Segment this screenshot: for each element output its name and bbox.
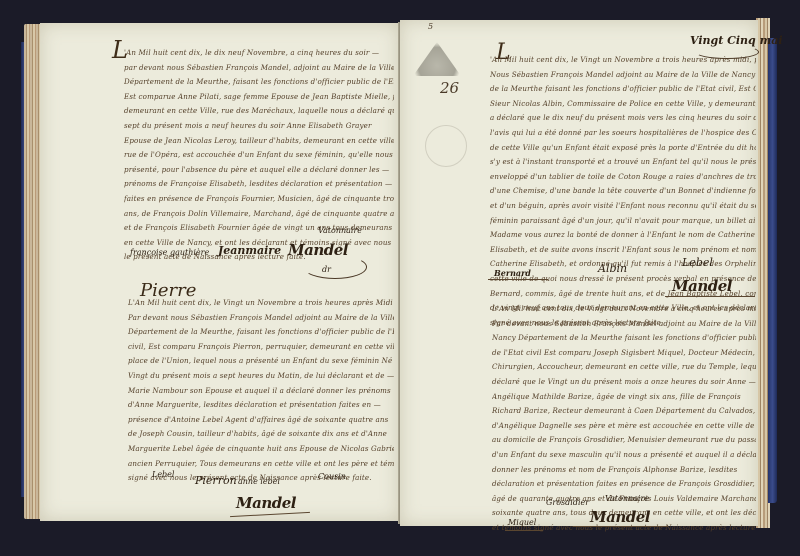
text-line: Madame vous aurez la bonté de donner à l…: [490, 228, 756, 243]
signature-mandel-2: Mandel: [236, 494, 296, 512]
text-line: Département de la Meurthe, faisant les f…: [128, 325, 394, 340]
folio-number: 5: [428, 22, 433, 31]
text-line: Vingt du présent mois a sept heures du M…: [128, 369, 394, 384]
text-line: d'un Enfant du sexe masculin qu'il nous …: [492, 448, 756, 463]
text-line: ans, de François Dolin Villemaire, March…: [124, 207, 394, 222]
signature-miquel-underline: [505, 530, 543, 531]
text-line: s'y est à l'instant transporté et a trou…: [490, 155, 756, 170]
text-line: Département de la Meurthe, faisant les f…: [124, 75, 394, 90]
text-line: demeurant en cette Ville, rue des Maréch…: [124, 104, 394, 119]
paraph-flourish: [303, 255, 367, 279]
text-line: 'An Mil huit cent dix, le Vingt un Novem…: [490, 53, 756, 68]
text-line: féminin paraissant âgé d'un jour, qu'il …: [490, 214, 756, 229]
paraph-initials: dr: [322, 265, 331, 274]
text-line: d'une Chemise, d'une bande la tête couve…: [490, 184, 756, 199]
signature-miquel: Miquel: [508, 518, 536, 527]
text-line: Est comparue Anne Pilati, sage femme Epo…: [124, 90, 394, 105]
text-line: Epouse de Jean Nicolas Leroy, tailleur d…: [124, 134, 394, 149]
faint-seal-icon: [425, 125, 467, 167]
signature-albin: Albin: [598, 262, 627, 275]
signature-mandel-right-2: Mandel: [590, 508, 650, 526]
text-line: Par devant nous Sébastien François Mande…: [492, 317, 756, 332]
text-line: enveloppé d'un tablier de toile de Coton…: [490, 170, 756, 185]
signature-anne-lebel: anne lebel: [238, 477, 280, 486]
signature-bernard-underline: [488, 279, 548, 280]
signature-gauthiere: françoise gauthière: [130, 248, 209, 257]
text-line: de l'Etat civil Est comparu Joseph Sigis…: [492, 346, 756, 361]
text-line: sept du présent mois a neuf heures du so…: [124, 119, 394, 134]
signature-lebel-right: Lebel: [682, 256, 713, 269]
text-line: de Joseph Cousin, tailleur d'habits, âgé…: [128, 427, 394, 442]
signature-mandel-right: Mandel: [672, 277, 732, 295]
signature-bernard: Bernard: [494, 268, 531, 278]
text-line: Par devant nous Sébastien François Mande…: [128, 311, 394, 326]
text-line: ancien Perruquier, Tous demeurans en cet…: [128, 457, 394, 472]
text-line: de la Meurthe faisant les fonctions d'of…: [490, 82, 756, 97]
text-line: par devant nous Sébastien François Mande…: [124, 61, 394, 76]
text-line: Chirurgien, Accoucheur, demeurant en cet…: [492, 360, 756, 375]
text-line: au domicile de François Grosdidier, Menu…: [492, 433, 756, 448]
signature-pierron: Pierron: [195, 474, 237, 487]
text-line: Marguerite Lebel âgée de cinquante huit …: [128, 442, 394, 457]
text-line: et d'un béguin, après avoir visité l'Enf…: [490, 199, 756, 214]
text-line: l'avis qui lui a été donné par les soeur…: [490, 126, 756, 141]
signature-mandel-underline: [665, 296, 755, 297]
signature-vatonnaire: Vatonnaire: [318, 226, 362, 235]
text-line: 'An Mil huit cent dix, le dix neuf Novem…: [124, 46, 394, 61]
left-entry-2-text: L'An Mil huit cent dix, le Vingt un Nove…: [128, 296, 394, 486]
text-line: donner les prénoms et nom de François Al…: [492, 463, 756, 478]
signature-cousin: Cousin: [318, 472, 346, 481]
text-line: Richard Barize, Recteur demeurant à Caen…: [492, 404, 756, 419]
text-line: présenté, pour l'absence du père et auqu…: [124, 163, 394, 178]
signature-vatonnaire-right: Vatonnaire: [605, 494, 649, 503]
text-line: déclaration et présentation faites en pr…: [492, 477, 756, 492]
text-line: déclaré que le Vingt un du présent mois …: [492, 375, 756, 390]
text-line: a déclaré que le dix neuf du présent moi…: [490, 111, 756, 126]
signature-jeanmaire: Jeanmaire: [218, 244, 281, 257]
text-line: présence d'Antoine Lebel Agent d'affaire…: [128, 413, 394, 428]
text-line: d'Angélique Dagnelle ses père et mère es…: [492, 419, 756, 434]
text-line: d'Anne Marguerite, lesdites déclaration …: [128, 398, 394, 413]
entry-number: 26: [440, 79, 459, 97]
binding-right: [768, 38, 777, 503]
text-line: de cette Ville qu'un Enfant était exposé…: [490, 141, 756, 156]
text-line: civil, Est comparu François Pierron, per…: [128, 340, 394, 355]
text-line: Angélique Mathilde Barize, âgée de vingt…: [492, 390, 756, 405]
text-line: rue de l'Opéra, est accouchée d'un Enfan…: [124, 148, 394, 163]
text-line: Nancy Département de la Meurthe faisant …: [492, 331, 756, 346]
text-line: Sieur Nicolas Albin, Commissaire de Poli…: [490, 97, 756, 112]
text-line: L'An Mil huit cent dix, le Vingt un Nove…: [128, 296, 394, 311]
text-line: place de l'Union, lequel nous a présenté…: [128, 354, 394, 369]
signature-mandel-2-underline: [573, 526, 668, 527]
text-line: L'An Mil huit cent dix, le Vingt deux No…: [492, 302, 756, 317]
text-line: Elisabeth, et de suite avons inscrit l'E…: [490, 243, 756, 258]
text-line: Marie Nambour son Epouse et auquel il a …: [128, 384, 394, 399]
signature-grosdidier: Grosdidier: [546, 498, 589, 507]
signature-lebel: Lebel: [152, 470, 174, 479]
text-line: prénoms de Françoise Elisabeth, lesdites…: [124, 177, 394, 192]
text-line: faites en présence de François Fournier,…: [124, 192, 394, 207]
text-line: Nous Sébastien François Mandel adjoint a…: [490, 68, 756, 83]
